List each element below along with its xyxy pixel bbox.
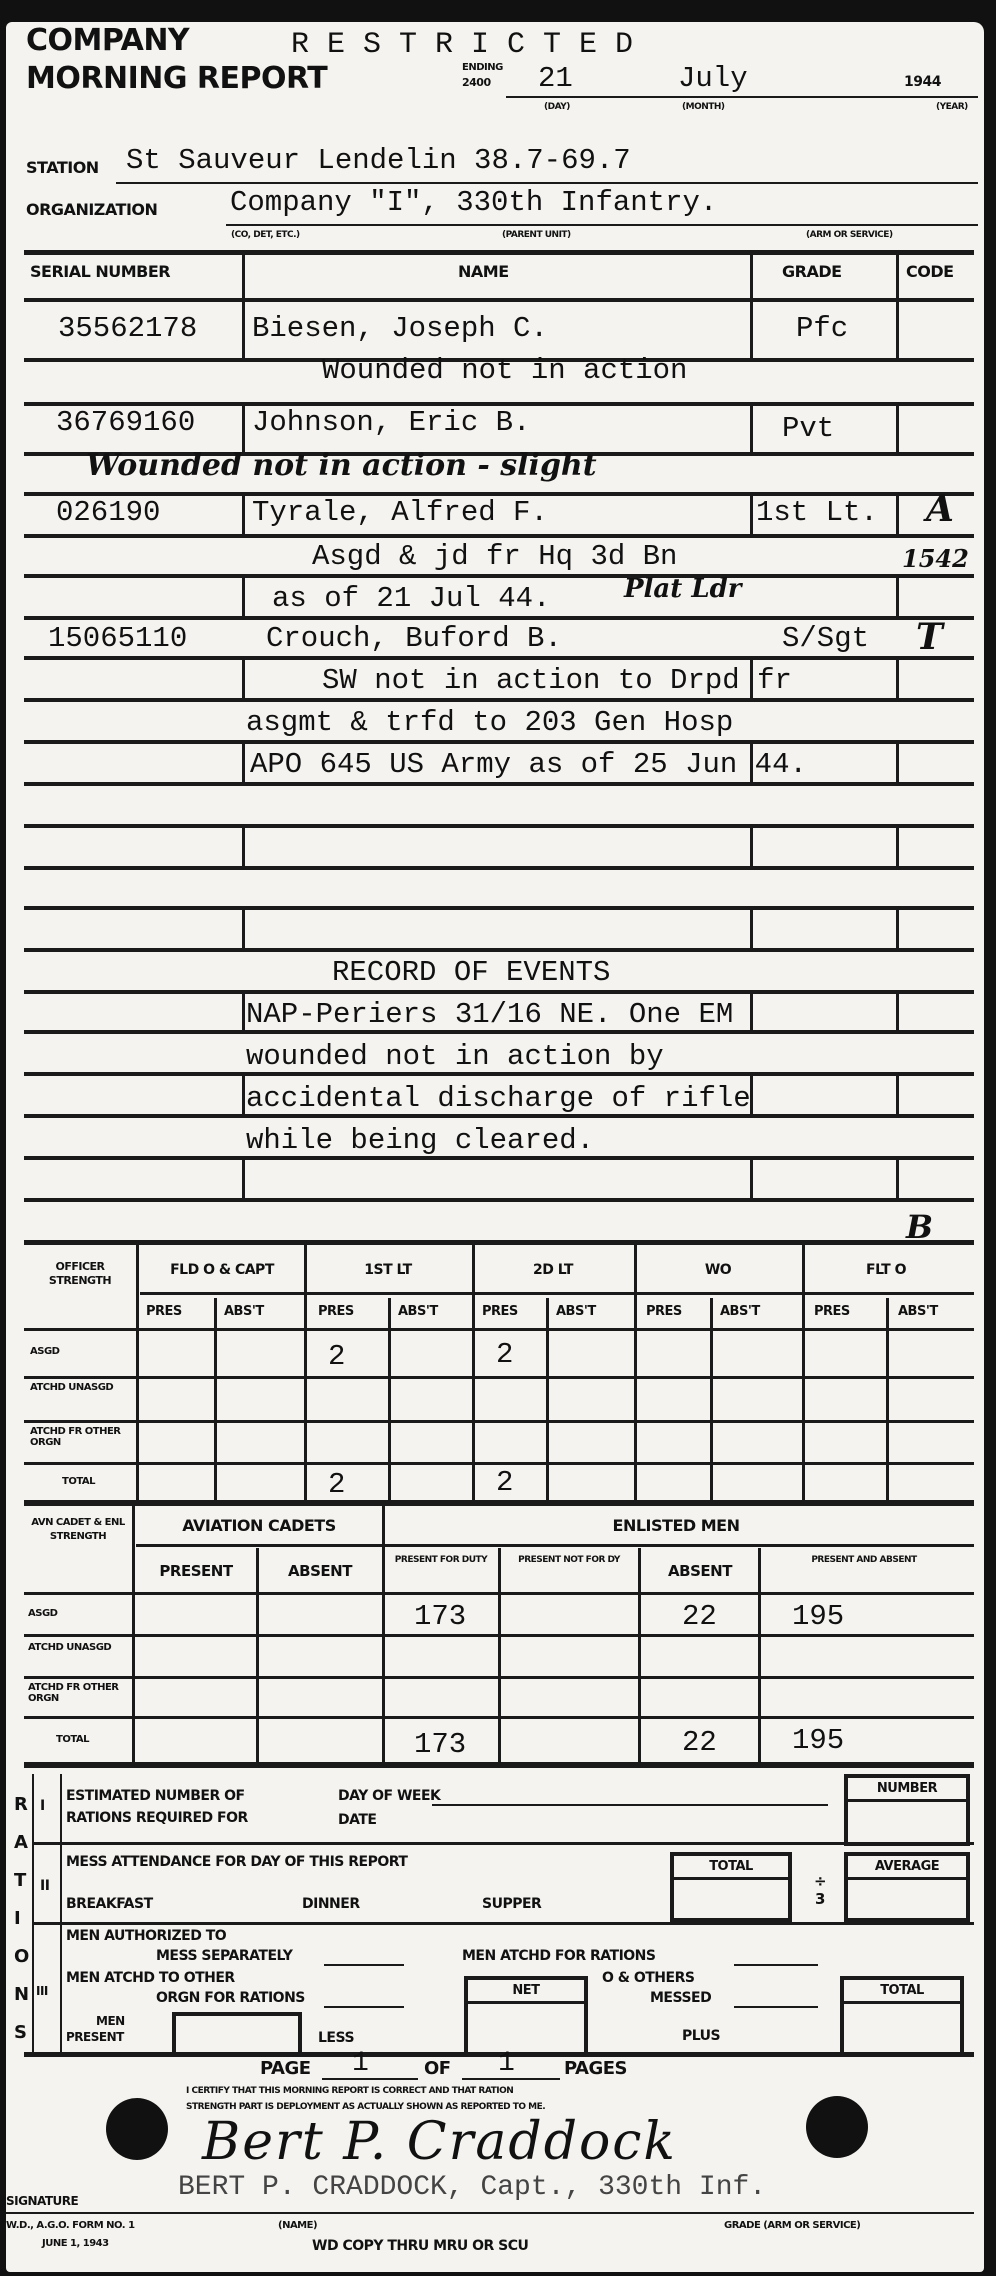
- wd-copy-note: WD COPY THRU MRU OR SCU: [312, 2238, 528, 2254]
- handwritten-duty-note: Plat Ldr: [624, 574, 742, 604]
- row-label-atchd-unasgd: ATCHD UNASGD: [28, 1642, 128, 1653]
- rule: [24, 824, 974, 828]
- men-present-box[interactable]: [172, 2012, 302, 2056]
- year-caption: (YEAR): [936, 102, 968, 112]
- asgd-present-and-absent: 195: [792, 1600, 844, 1633]
- soldier-name: Crouch, Buford B.: [266, 622, 562, 655]
- col-divider: [242, 252, 245, 300]
- sub-abst: ABS'T: [398, 1304, 438, 1319]
- men-authorized-line1: MEN AUTHORIZED TO: [66, 1928, 226, 1944]
- certification-line1: I CERTIFY THAT THIS MORNING REPORT IS CO…: [186, 2086, 513, 2096]
- rule: [24, 656, 974, 660]
- rule: [24, 698, 974, 702]
- page-number: 1: [352, 2048, 369, 2079]
- sub-abst: ABS'T: [898, 1304, 938, 1319]
- number-box[interactable]: NUMBER: [844, 1774, 970, 1846]
- less-label: LESS: [318, 2030, 354, 2046]
- col-present-and-absent: PRESENT AND ABSENT: [762, 1554, 966, 1567]
- col-divider: [750, 494, 753, 534]
- col-divider: [750, 404, 753, 452]
- rule: [32, 1922, 974, 1925]
- asgd-2d-lt-pres: 2: [496, 1338, 513, 1371]
- rule: [24, 740, 974, 744]
- station-underline: [116, 182, 978, 184]
- col-divider: [256, 1548, 259, 1766]
- organization-underline: [226, 224, 978, 226]
- ending-time: 2400: [462, 76, 491, 89]
- total-1st-lt-pres: 2: [328, 1468, 345, 1501]
- org-caption-parent: (PARENT UNIT): [502, 230, 571, 240]
- name-caption: (NAME): [278, 2220, 317, 2231]
- side-letter: I: [14, 1900, 28, 1938]
- sub-pres: PRES: [814, 1304, 850, 1319]
- side-letter: R: [14, 1786, 28, 1824]
- soldier-grade: S/Sgt: [782, 622, 869, 655]
- row-label-atchd-fr-other: ATCHD FR OTHER ORGN: [28, 1682, 128, 1704]
- col-divider: [750, 1158, 753, 1198]
- men-authorized-line2: MESS SEPARATELY: [156, 1948, 292, 1964]
- form-number: W.D., A.G.O. FORM NO. 1: [6, 2220, 135, 2231]
- soldier-name: Tyrale, Alfred F.: [252, 496, 548, 529]
- organization-value: Company "I", 330th Infantry.: [230, 186, 717, 219]
- rule: [24, 782, 974, 786]
- orgn-for-rations-field[interactable]: [324, 2006, 404, 2008]
- col-divider: [758, 1548, 761, 1766]
- report-year: 1944: [904, 74, 941, 90]
- men-atchd-for-rations-label: MEN ATCHD FOR RATIONS: [462, 1948, 655, 1964]
- event-line: wounded not in action by: [246, 1040, 664, 1073]
- rule: [24, 906, 974, 910]
- col-cadets-absent: ABSENT: [260, 1562, 380, 1580]
- col-divider: [242, 742, 245, 782]
- rule: [24, 1762, 974, 1768]
- report-month: July: [678, 62, 748, 95]
- plus-label: PLUS: [682, 2028, 720, 2044]
- section-num-i: I: [40, 1798, 45, 1814]
- punch-hole-right: [806, 2096, 868, 2158]
- row-label-atchd-unasgd: ATCHD UNASGD: [30, 1382, 130, 1393]
- enlisted-men-title: ENLISTED MEN: [386, 1516, 966, 1535]
- group-fld-o-capt: FLD O & CAPT: [142, 1262, 302, 1278]
- col-divider: [896, 1074, 899, 1114]
- col-divider: [242, 494, 245, 534]
- form-title-morning-report: MORNING REPORT: [26, 64, 327, 94]
- entry-remark: Wounded not in action: [322, 354, 687, 387]
- officer-strength-label: OFFICER STRENGTH: [30, 1260, 130, 1288]
- row-label-asgd: ASGD: [30, 1346, 59, 1357]
- side-letter: O: [14, 1938, 28, 1976]
- serial-number: 35562178: [58, 312, 197, 345]
- date-underline: [506, 96, 978, 98]
- total-2d-lt-pres: 2: [496, 1466, 513, 1499]
- org-caption-unit: (CO, DET, ETC.): [231, 230, 300, 240]
- station-value: St Sauveur Lendelin 38.7-69.7: [126, 144, 631, 177]
- initial-mark: B: [906, 1208, 933, 1246]
- enl-strength-label: AVN CADET & ENL STRENGTH: [28, 1516, 128, 1544]
- event-line: while being cleared.: [246, 1124, 594, 1157]
- col-enl-absent: ABSENT: [642, 1562, 758, 1580]
- estimated-rations-line2: RATIONS REQUIRED FOR: [66, 1810, 248, 1826]
- side-letter: A: [14, 1824, 28, 1862]
- rule: [24, 1592, 974, 1595]
- col-divider: [896, 576, 899, 616]
- col-present-for-duty: PRESENT FOR DUTY: [386, 1554, 496, 1567]
- col-divider: [896, 494, 899, 534]
- rule: [24, 1328, 974, 1331]
- estimated-rations-line1: ESTIMATED NUMBER OF: [66, 1788, 245, 1804]
- section-num-iii: III: [36, 1984, 48, 1998]
- entry-remark-line3: APO 645 US Army as of 25 Jun 44.: [250, 748, 807, 781]
- events-title: RECORD OF EVENTS: [332, 956, 610, 989]
- col-divider: [896, 742, 899, 782]
- col-divider: [896, 1158, 899, 1198]
- rule: [24, 534, 974, 538]
- entry-remark-line1: Asgd & jd fr Hq 3d Bn: [312, 540, 677, 573]
- col-divider: [750, 992, 753, 1030]
- col-header-serial: SERIAL NUMBER: [30, 262, 170, 281]
- men-present-line1: MEN: [96, 2014, 125, 2028]
- page-underline: [322, 2078, 418, 2080]
- rule: [24, 990, 974, 994]
- col-header-grade: GRADE: [782, 262, 842, 281]
- rule: [24, 1462, 974, 1465]
- col-divider: [896, 300, 899, 358]
- average-label: AVERAGE: [848, 1856, 966, 1880]
- serial-number: 026190: [56, 496, 160, 529]
- mess-attendance-label: MESS ATTENDANCE FOR DAY OF THIS REPORT: [66, 1854, 407, 1870]
- soldier-name: Biesen, Joseph C.: [252, 312, 548, 345]
- col-divider: [750, 252, 753, 300]
- rule: [32, 1842, 974, 1845]
- code-handwritten: T: [916, 616, 943, 658]
- signature-script: Bert P. Craddock: [202, 2112, 677, 2172]
- col-divider: [242, 992, 245, 1030]
- col-divider: [242, 576, 245, 616]
- rule: [24, 948, 974, 952]
- day-of-week-field[interactable]: [432, 1804, 828, 1806]
- row-label-atchd-fr-other: ATCHD FR OTHER ORGN: [30, 1426, 130, 1448]
- org-caption-arm: (ARM OR SERVICE): [806, 230, 893, 240]
- col-divider: [242, 658, 245, 698]
- group-1st-lt: 1ST LT: [306, 1262, 470, 1278]
- date-label: DATE: [338, 1812, 376, 1828]
- rule: [140, 1292, 974, 1295]
- handwritten-remark: Wounded not in action - slight: [86, 448, 597, 483]
- rule: [24, 298, 974, 302]
- signer-name: BERT P. CRADDOCK, Capt., 330th Inf.: [178, 2172, 766, 2203]
- morning-report-form: COMPANY MORNING REPORT R E S T R I C T E…: [6, 22, 984, 2272]
- col-divider: [242, 300, 245, 358]
- dinner-label: DINNER: [302, 1896, 360, 1912]
- col-divider: [896, 658, 899, 698]
- entry-remark-line2: as of 21 Jul 44.: [272, 582, 550, 615]
- o-others-messed-field[interactable]: [734, 2006, 818, 2008]
- asgd-1st-lt-pres: 2: [328, 1340, 345, 1373]
- o-others-line2: MESSED: [650, 1990, 711, 2006]
- entry-remark-line1: SW not in action to Drpd fr: [322, 664, 792, 697]
- men-present-line2: PRESENT: [66, 2030, 124, 2044]
- total-pages: 1: [498, 2048, 515, 2079]
- side-letter: S: [14, 2014, 28, 2052]
- group-2d-lt: 2D LT: [474, 1262, 632, 1278]
- entry-remark-line2: asgmt & trfd to 203 Gen Hosp: [246, 706, 733, 739]
- roster-top-rule: [24, 250, 974, 255]
- col-divider: [498, 1548, 501, 1766]
- rule: [24, 1420, 974, 1423]
- o-others-line1: O & OTHERS: [602, 1970, 694, 1986]
- rule: [24, 1198, 974, 1202]
- row-label-asgd: ASGD: [28, 1608, 57, 1619]
- col-cadets-present: PRESENT: [136, 1562, 256, 1580]
- rations-total-label: TOTAL: [844, 1980, 960, 2004]
- mess-total-label: TOTAL: [674, 1856, 788, 1880]
- col-divider: [638, 1548, 641, 1766]
- men-atchd-other-line2: ORGN FOR RATIONS: [156, 1990, 305, 2006]
- rule: [24, 1240, 974, 1245]
- group-wo: WO: [636, 1262, 800, 1278]
- sub-pres: PRES: [318, 1304, 354, 1319]
- sub-pres: PRES: [646, 1304, 682, 1319]
- of-label: OF: [424, 2058, 451, 2079]
- day-caption: (DAY): [544, 102, 570, 112]
- number-box-label: NUMBER: [848, 1778, 966, 1802]
- rule: [136, 1544, 974, 1547]
- net-label: NET: [468, 1980, 584, 2004]
- mess-total-box[interactable]: TOTAL: [670, 1852, 792, 1922]
- men-atchd-for-rations-field[interactable]: [734, 1964, 818, 1966]
- rule: [24, 1500, 974, 1506]
- col-divider: [242, 908, 245, 948]
- rule: [24, 1716, 974, 1719]
- col-header-code: CODE: [906, 262, 954, 281]
- punch-hole-left: [106, 2098, 168, 2160]
- net-box[interactable]: NET: [464, 1976, 588, 2056]
- pages-label: PAGES: [564, 2058, 627, 2079]
- section-num-ii: II: [40, 1878, 49, 1894]
- rations-side-label: R A T I O N S: [14, 1786, 28, 2052]
- col-divider: [896, 404, 899, 452]
- month-caption: (MONTH): [682, 102, 725, 112]
- sub-abst: ABS'T: [556, 1304, 596, 1319]
- aviation-cadets-title: AVIATION CADETS: [136, 1516, 382, 1535]
- signature-label: SIGNATURE: [6, 2194, 78, 2208]
- breakfast-label: BREAKFAST: [66, 1896, 153, 1912]
- soldier-grade: 1st Lt.: [756, 496, 878, 529]
- soldier-name: Johnson, Eric B.: [252, 406, 530, 439]
- col-divider: [896, 908, 899, 948]
- rule: [24, 1634, 974, 1637]
- grade-caption: GRADE (ARM OR SERVICE): [724, 2220, 860, 2231]
- classification-stamp: R E S T R I C T E D: [291, 28, 633, 62]
- total-absent: 22: [682, 1726, 717, 1759]
- sub-abst: ABS'T: [720, 1304, 760, 1319]
- serial-number: 36769160: [56, 406, 195, 439]
- ending-label: ENDING: [462, 62, 503, 73]
- serial-number: 15065110: [48, 622, 187, 655]
- sub-pres: PRES: [482, 1304, 518, 1319]
- col-divider: [242, 404, 245, 452]
- organization-label: ORGANIZATION: [26, 200, 157, 219]
- rule: [24, 616, 974, 620]
- sub-pres: PRES: [146, 1304, 182, 1319]
- col-divider: [60, 1774, 62, 2054]
- col-divider: [242, 1074, 245, 1114]
- col-divider: [896, 992, 899, 1030]
- row-label-total: TOTAL: [56, 1734, 89, 1745]
- soldier-grade: Pvt: [782, 412, 834, 445]
- rule: [24, 1676, 974, 1679]
- men-atchd-other-line1: MEN ATCHD TO OTHER: [66, 1970, 235, 1986]
- sub-abst: ABS'T: [224, 1304, 264, 1319]
- group-flt-o: FLT O: [804, 1262, 968, 1278]
- col-divider: [32, 1774, 34, 2054]
- report-day: 21: [538, 62, 573, 95]
- average-box[interactable]: AVERAGE: [844, 1852, 970, 1922]
- rations-total-box[interactable]: TOTAL: [840, 1976, 964, 2056]
- col-present-not-for-duty: PRESENT NOT FOR DY: [502, 1554, 636, 1567]
- rule: [24, 574, 974, 578]
- col-divider: [750, 826, 753, 866]
- certification-line2: STRENGTH PART IS DEPLOYMENT AS ACTUALLY …: [186, 2102, 545, 2112]
- col-divider: [750, 908, 753, 948]
- asgd-absent: 22: [682, 1600, 717, 1633]
- form-date: JUNE 1, 1943: [42, 2238, 109, 2249]
- rule: [24, 866, 974, 870]
- page-label: PAGE: [260, 2058, 311, 2079]
- rule: [24, 1376, 974, 1379]
- form-title-company: COMPANY: [26, 26, 189, 56]
- total-present-and-absent: 195: [792, 1724, 844, 1757]
- side-letter: T: [14, 1862, 28, 1900]
- supper-label: SUPPER: [482, 1896, 541, 1912]
- col-divider: [750, 300, 753, 358]
- total-present-for-duty: 173: [414, 1728, 466, 1761]
- col-divider: [896, 252, 899, 300]
- col-header-name: NAME: [458, 262, 509, 281]
- asgd-present-for-duty: 173: [414, 1600, 466, 1633]
- col-divider: [242, 1158, 245, 1198]
- mess-separately-field[interactable]: [324, 1964, 404, 1966]
- side-letter: N: [14, 1976, 28, 2014]
- divide-by-three: ÷ 3: [812, 1872, 828, 1908]
- code-note-handwritten: 1542: [902, 544, 969, 573]
- col-divider: [896, 826, 899, 866]
- col-divider: [242, 826, 245, 866]
- day-of-week-label: DAY OF WEEK: [338, 1788, 440, 1804]
- row-label-total: TOTAL: [62, 1476, 95, 1487]
- soldier-grade: Pfc: [796, 312, 848, 345]
- event-line: accidental discharge of rifle: [246, 1082, 751, 1115]
- code-handwritten: A: [926, 488, 954, 530]
- signature-underline: [6, 2212, 974, 2214]
- station-label: STATION: [26, 158, 99, 177]
- event-line: NAP-Periers 31/16 NE. One EM: [246, 998, 733, 1031]
